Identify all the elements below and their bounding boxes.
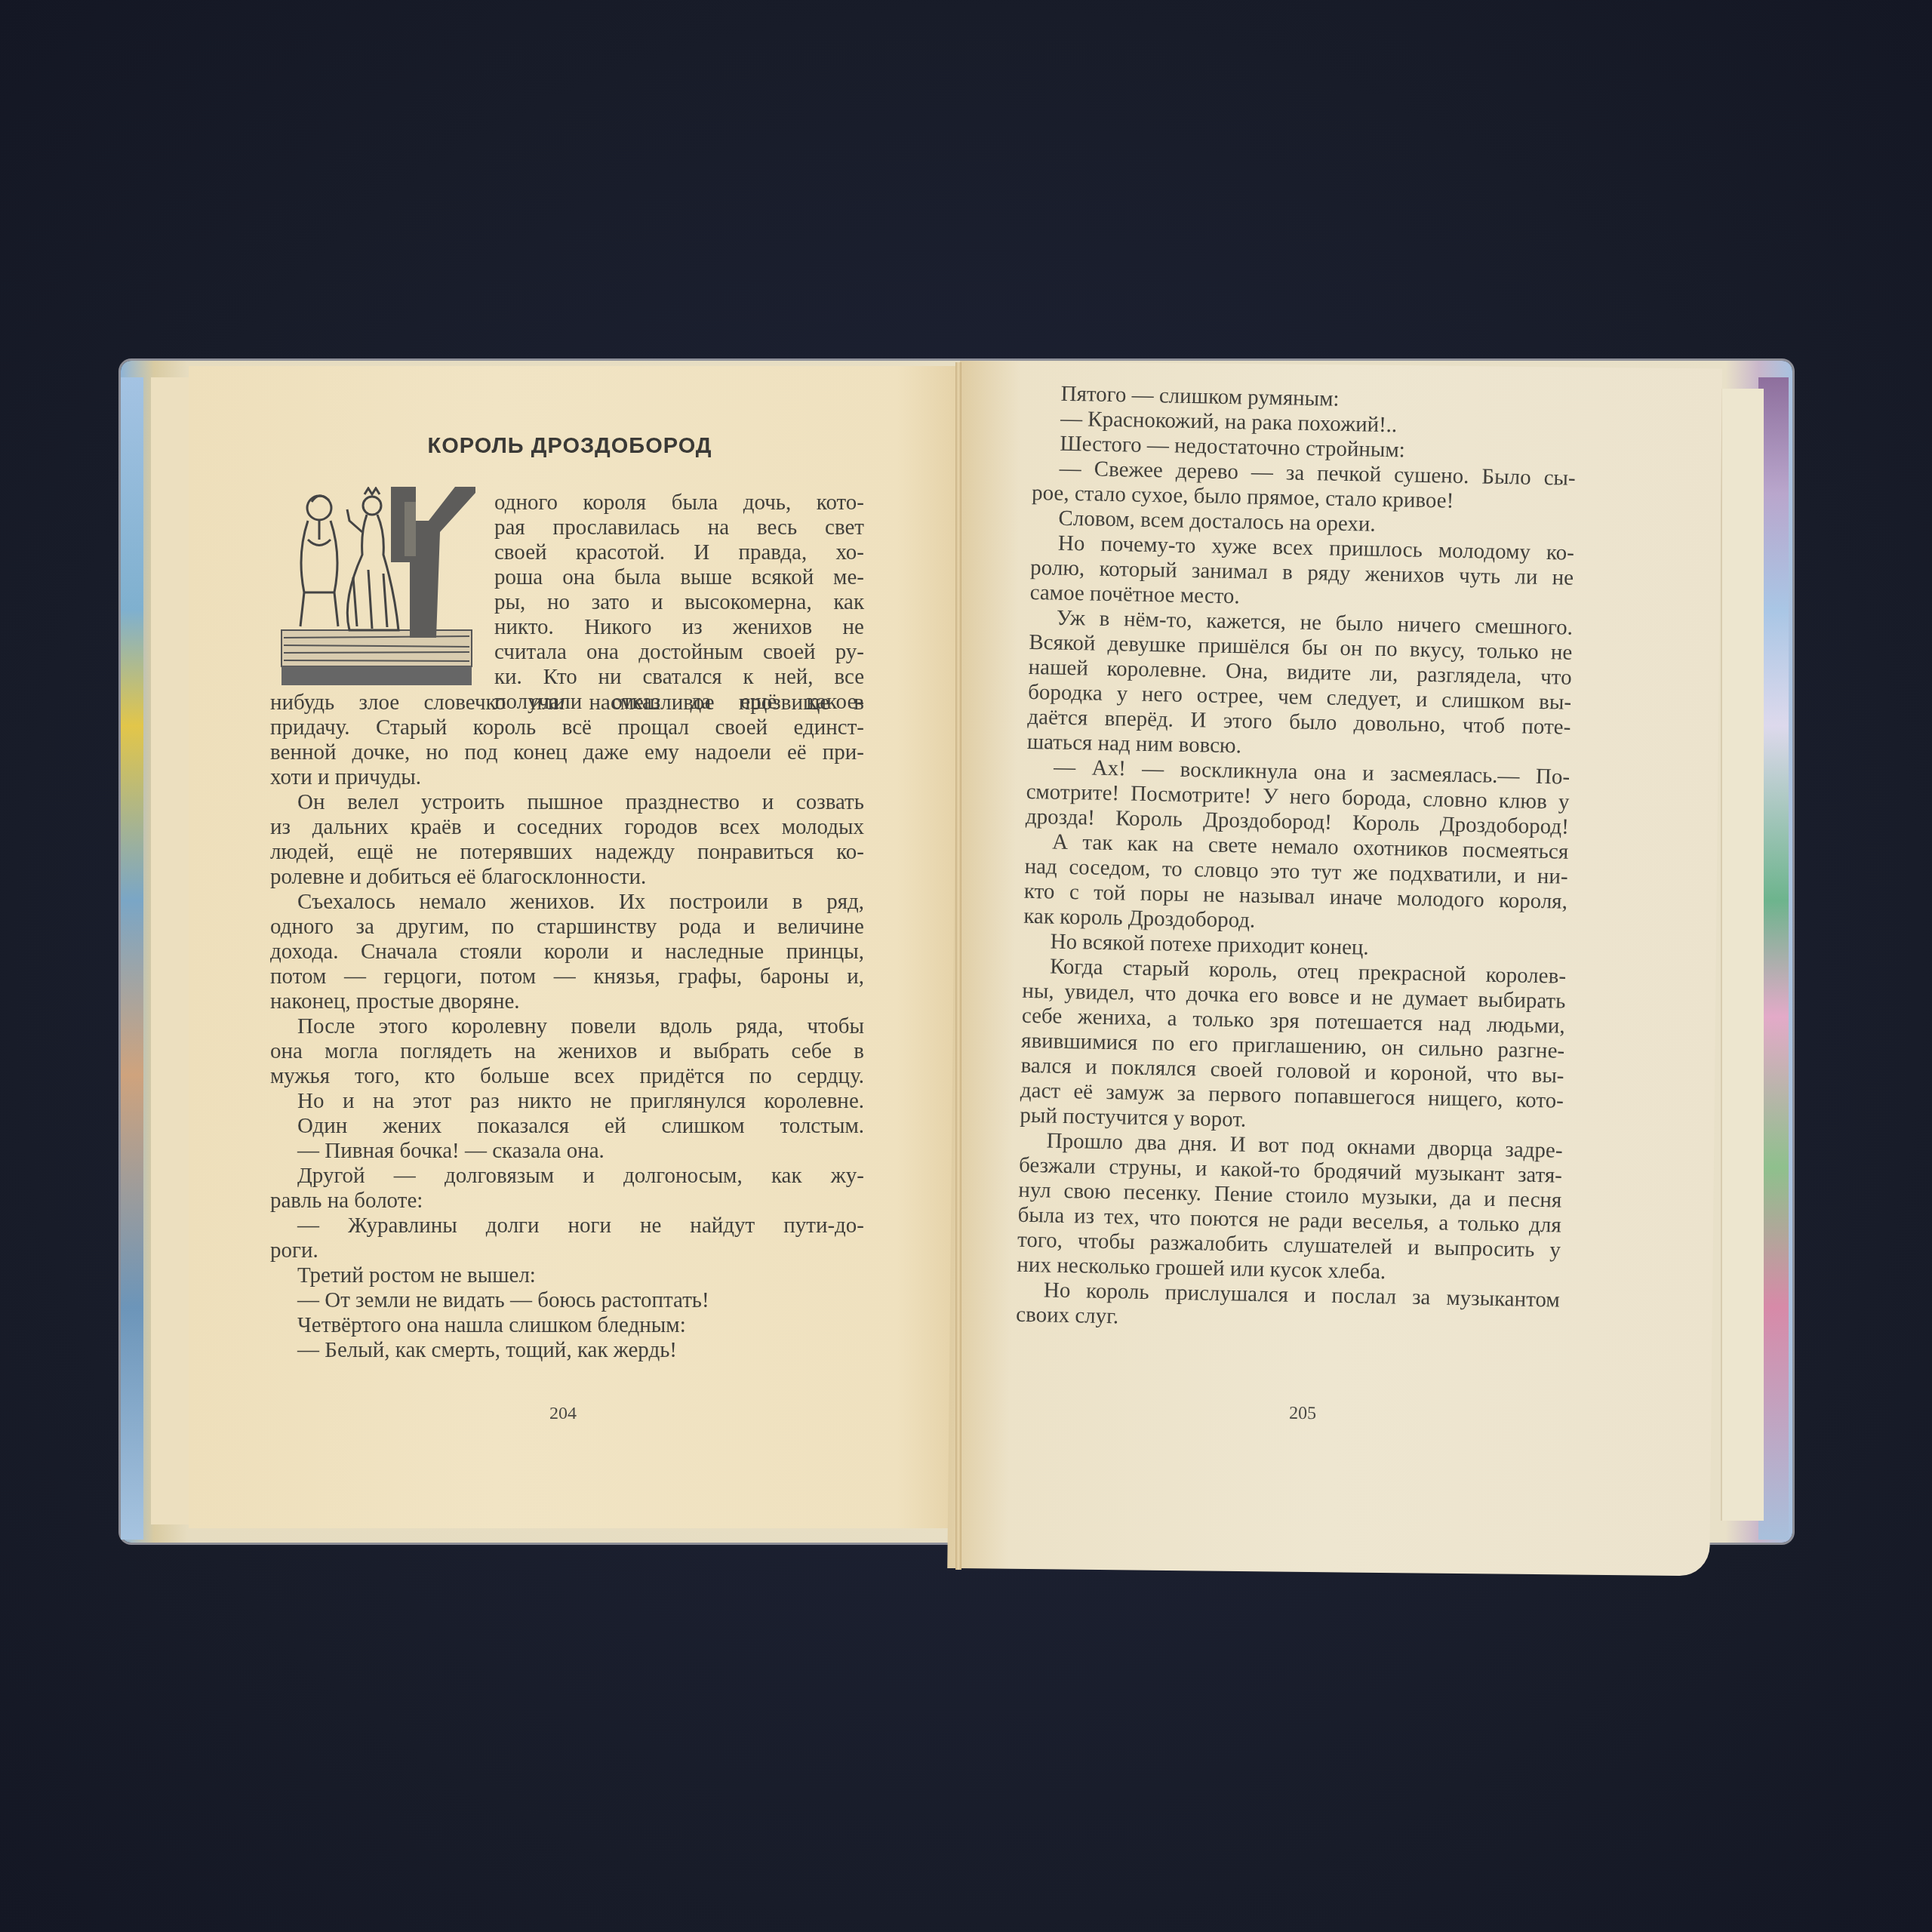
opening-paragraph-beside-dropcap: одного короля была дочь, кото- рая просл… — [494, 491, 864, 715]
open-book-photo: КОРОЛЬ ДРОЗДОБОРОД — [0, 0, 1932, 1932]
text-line: своей красотой. И правда, хо- — [494, 540, 864, 565]
text-line: наконец, простые дворяне. — [270, 989, 864, 1014]
text-line: роги. — [270, 1238, 864, 1263]
text-line: никто. Никого из женихов не — [494, 615, 864, 640]
page-stack-right — [1721, 389, 1764, 1521]
text-line: роша она была выше всякой ме- — [494, 565, 864, 590]
text-line: дохода. Сначала стояли короли и наследны… — [270, 940, 864, 964]
text-line: — Журавлины долги ноги не найдут пути-до… — [270, 1214, 864, 1238]
page-number-right: 205 — [1289, 1404, 1316, 1425]
text-line: одного короля была дочь, кото- — [494, 491, 864, 515]
text-line: Он велел устроить пышное празднество и с… — [270, 790, 864, 815]
left-page-body-text: нибудь злое словечко или насмешливое про… — [270, 691, 864, 1363]
text-line: — От земли не видать — боюсь растоптать! — [270, 1288, 864, 1313]
text-line: хоти и причуды. — [270, 765, 864, 790]
text-line: она могла поглядеть на женихов и выбрать… — [270, 1039, 864, 1064]
text-line: потом — герцоги, потом — князья, графы, … — [270, 964, 864, 989]
text-line: ки. Кто ни сватался к ней, все — [494, 665, 864, 690]
text-line: Один жених показался ей слишком толстым. — [270, 1114, 864, 1139]
text-line: Другой — долговязым и долгоносым, как жу… — [270, 1164, 864, 1189]
text-line: Съехалось немало женихов. Их построили в… — [270, 890, 864, 915]
text-line: одного за другим, по старшинству рода и … — [270, 915, 864, 940]
text-line: нибудь злое словечко или насмешливое про… — [270, 691, 864, 715]
text-line: — Пивная бочка! — сказала она. — [270, 1139, 864, 1164]
text-line: венной дочке, но под конец даже ему надо… — [270, 740, 864, 765]
right-page-text-block: Пятого — слишком румяным:— Краснокожий, … — [1016, 381, 1577, 1338]
text-line: придачу. Старый король всё прощал своей … — [270, 715, 864, 740]
story-title: КОРОЛЬ ДРОЗДОБОРОД — [226, 434, 913, 459]
text-line: считала она достойным своей ру- — [494, 640, 864, 665]
text-line: мужья того, кто больше всех придётся по … — [270, 1064, 864, 1089]
page-number-left: 204 — [549, 1404, 577, 1424]
text-line: Но и на этот раз никто не приглянулся ко… — [270, 1089, 864, 1114]
cover-illustration-edge-left — [121, 377, 143, 1540]
text-line: Четвёртого она нашла слишком бледным: — [270, 1313, 864, 1338]
text-line: рая прославилась на весь свет — [494, 515, 864, 540]
text-line: людей, ещё не потерявших надежду понрави… — [270, 840, 864, 865]
right-page-body-text: Пятого — слишком румяным:— Краснокожий, … — [1016, 381, 1577, 1338]
text-line: равль на болоте: — [270, 1189, 864, 1214]
text-line: ролевне и добиться её благосклонности. — [270, 865, 864, 890]
book-spine-gutter — [955, 362, 961, 1570]
text-line: Третий ростом не вышел: — [270, 1263, 864, 1288]
text-line: ры, но зато и высокомерна, как — [494, 590, 864, 615]
text-line: После этого королевну повели вдоль ряда,… — [270, 1014, 864, 1039]
dropcap-woodcut-illustration-icon — [278, 487, 475, 691]
text-line: из дальних краёв и соседних городов всех… — [270, 815, 864, 840]
text-line: — Белый, как смерть, тощий, как жердь! — [270, 1338, 864, 1363]
